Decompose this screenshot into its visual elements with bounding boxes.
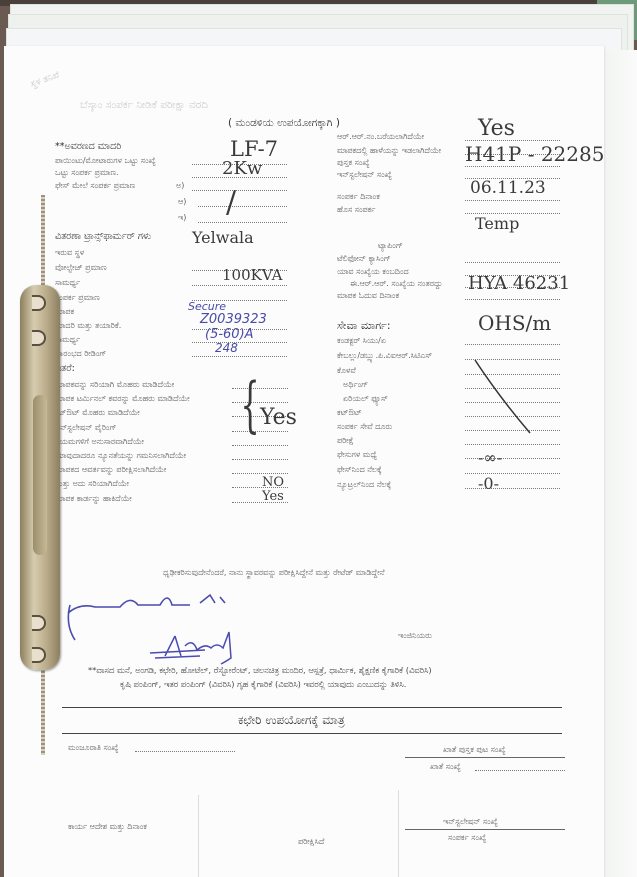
column-divider xyxy=(398,790,399,877)
clip-slot xyxy=(33,395,47,555)
divider xyxy=(405,829,565,830)
handwritten-value: OHS/m xyxy=(478,311,551,335)
field-line[interactable] xyxy=(465,200,560,201)
field-label: ಸಂಪರ್ಕ ದಿನಾಂಕ xyxy=(337,192,380,202)
divider xyxy=(62,733,562,734)
field-line[interactable] xyxy=(232,459,288,460)
handwritten-value: H41P - 22285 xyxy=(465,142,604,166)
field-label: ನ್ಯೂಟ್ರಲ್‌ನಿಂದ ನೆಲಕ್ಕೆ xyxy=(337,480,391,490)
divider xyxy=(405,757,565,758)
handwritten-value: 06.11.23 xyxy=(470,178,546,198)
field-label: ಮಾಪಕ ಓದುವ ದಿನಾಂಕ xyxy=(337,291,399,301)
field-label: ಕಟ್‌ಔಟ್ ಮೊಹರು ಮಾಡಿದೆಯೇ xyxy=(55,408,140,418)
field-label: ಫೇಸ್‌ನಿಂದ ನೆಲಕ್ಕೆ xyxy=(337,465,382,475)
installation-no-label: ಇನ್‌ಸ್ಟಲೇಷನ್ ಸಂಖ್ಯೆ xyxy=(443,817,498,827)
handwritten-value: Yes xyxy=(260,405,297,430)
footnote-line-2: ಕೃಷಿ ಪಂಪಿಂಗ್, ಇತರ ಪಂಪಿಂಗ್ (ವಿವರಿಸಿ) ಗೃಹ … xyxy=(120,679,406,689)
field-line[interactable] xyxy=(192,356,287,357)
tapping-heading: ಟ್ಯಾಪಿಂಗ್ xyxy=(378,241,403,251)
field-label: ಟೆಲಿಫೋನ್ ಕ್ಯಾಸಿಂಗ್ xyxy=(337,254,391,264)
signature-2 xyxy=(145,628,245,668)
field-label: ಇನ್‌ಸ್ಟಲೇಷನ್ ವೈರಿಂಗ್ xyxy=(55,423,116,433)
handwritten-value: Temp xyxy=(475,214,519,233)
field-label: ಸಂಪರ್ಕ ಪ್ರಮಾಣ xyxy=(55,293,100,303)
field-label: ಇನ್‌ಸ್ಟಲೇಷನ್ ಸಂಖ್ಯೆ xyxy=(337,170,392,180)
sub-label: ಅ) xyxy=(176,181,184,191)
field-label: ಸಾಮರ್ಥ್ಯ xyxy=(55,278,80,288)
office-heading: ಕಛೇರಿ ಉಪಯೋಗಕ್ಕೆ ಮಾತ್ರ xyxy=(238,715,345,725)
handwritten-value: 100KVA xyxy=(222,266,282,284)
field-label: ಮಾಪಕದ ಆವರ್ತವನ್ನು ಪರೀಕ್ಷಿಸಲಾಗಿದೆಯೇ xyxy=(55,465,166,475)
field-label: ಕಟ್‌ಔಟ್ xyxy=(337,408,362,418)
connection-no-label: ಸಂಪರ್ಕ ಸಂಖ್ಯೆ xyxy=(448,833,486,843)
sub-label: ಇ) xyxy=(178,213,186,223)
engineer-label: ಇಂಜಿನಿಯರು xyxy=(398,631,432,641)
handwritten-value: 248 xyxy=(215,341,238,355)
handwritten-value: -∞- xyxy=(478,448,502,467)
field-label: ಏರಿಯಲ್ ಫ್ಯೂಸ್ xyxy=(343,394,388,404)
account-input[interactable] xyxy=(475,770,565,771)
clip-tab xyxy=(32,647,46,663)
field-line[interactable] xyxy=(192,285,287,286)
service-heading: ಸೇವಾ ಮಾರ್ಗ: xyxy=(337,321,391,331)
field-label: ಮಾಪಕ ಟರ್ಮಿನಲ್ ಕವರನ್ನು ಮೊಹರು ಮಾಡಿದೆಯೇ xyxy=(55,394,190,404)
handwritten-value: Z0039323 xyxy=(200,312,267,327)
field-label: ಮಾದರಿ ಮತ್ತು ತಯಾರಿಕೆ. xyxy=(55,321,121,331)
field-line[interactable] xyxy=(465,262,560,263)
checked-label: ಪರೀಕ್ಷಿಸಿದೆ xyxy=(298,837,324,847)
field-label: ಪುಸ್ತಕ ಸಂಖ್ಯೆ xyxy=(337,158,370,168)
handwritten-value: Yes xyxy=(478,116,515,141)
sub-label: ಆ) xyxy=(178,197,186,207)
field-label: ಮತ್ತು ಅದು ಸರಿಯಾಗಿದೆಯೇ xyxy=(55,479,129,489)
sheet-edge xyxy=(604,50,637,877)
field-label: ಫೇಸುಗಳ ಮಧ್ಯೆ xyxy=(337,450,377,460)
field-line[interactable] xyxy=(465,166,560,167)
field-label: ಪ್ರಾರಂಭದ ರೀಡಿಂಗ್ xyxy=(55,349,106,359)
certification-text: ಧೃಢೀಕರಿಸುವುದೇನೆಂದರೆ, ನಾನು ಸ್ಥಾವರವನ್ನು ಪರ… xyxy=(163,568,385,578)
clip-tab xyxy=(32,330,46,346)
handwritten-value: (5-60)A xyxy=(205,327,254,342)
field-label: ಮಾಪಕ ಕಾರ್ಡನ್ನು ಹಾಕಿದೆಯೇ xyxy=(55,494,132,504)
field-line[interactable] xyxy=(192,190,287,191)
binder-clip xyxy=(20,285,60,670)
handwritten-value: Yes xyxy=(262,489,284,504)
handwritten-value: NO xyxy=(262,475,284,490)
footnote-line-1: **ವಾಸದ ಮನೆ, ಅಂಗಡಿ, ಕಛೇರಿ, ಹೋಟೆಲ್, ರೆಸ್ಟೋ… xyxy=(88,665,432,675)
sanction-input[interactable] xyxy=(135,751,235,752)
field-label: ಈ.ಆರ್.ಆರ್. ಸಂಖ್ಯೆಯ ನಂತರದ್ದು xyxy=(350,279,442,289)
clip-tab xyxy=(32,615,46,631)
handwritten-value: HYA 46231 xyxy=(468,273,570,294)
field-line[interactable] xyxy=(232,445,288,446)
field-label: ಹೊಸ ಸಂಪರ್ಕ xyxy=(337,205,375,215)
column-divider xyxy=(198,795,199,877)
field-label: ಇರುವ ಸ್ಥಳ xyxy=(55,248,84,258)
work-order-label: ಕಾರ್ಯ ಆದೇಶ ಮತ್ತು ದಿನಾಂಕ xyxy=(68,822,147,832)
handwritten-value: -0- xyxy=(478,474,499,493)
field-line[interactable] xyxy=(192,342,287,343)
field-label: ಕೊಳವೆ xyxy=(337,366,356,376)
field-label: ಸಂಪರ್ಕ ಸೇವೆ ದೂರು xyxy=(337,422,392,432)
field-label: ಪರೀಕ್ಷೆ xyxy=(337,436,354,446)
field-line[interactable] xyxy=(465,344,560,345)
faint-header: ಬೆಸ್ಕಾಂ ಸಂಪರ್ಕ ನೀಡಿಕೆ ಪರೀಕ್ಷಾ ವರದಿ xyxy=(80,100,208,110)
field-line[interactable] xyxy=(465,444,560,445)
field-line[interactable] xyxy=(198,222,287,223)
strike-line xyxy=(470,358,540,438)
field-label: ಅರ್ಥಿಂಗ್ xyxy=(343,380,368,390)
field-label: ಪಾಯಿಂಟು/ಮೋಟಾರುಗಳ ಒಟ್ಟು ಸಂಖ್ಯೆ xyxy=(55,156,156,166)
handwritten-value: 2Kw xyxy=(222,158,262,179)
field-label: ವೋಲ್ಟೇಜ್ ಪ್ರಮಾಣ xyxy=(55,263,107,273)
enclosure-heading: **ಅವರಣದ ಮಾದರಿ xyxy=(55,142,121,152)
ledger-page-label: ಖಾತೆ ಪುಸ್ತಕ ಪುಟ ಸಂಖ್ಯೆ xyxy=(443,745,506,755)
transformer-heading: ವಿತರಣಾ ಟ್ರಾನ್ಸ್‌ಫಾರ್ಮರ್ ಗಳು xyxy=(55,232,151,242)
account-label: ಖಾತೆ ಸಂಖ್ಯೆ xyxy=(430,762,461,772)
sanction-label: ಮಂಜೂರಾತಿ ಸಂಖ್ಯೆ xyxy=(68,743,119,753)
field-label: ಒಟ್ಟು ಸಂಪರ್ಕ ಪ್ರಮಾಣ. xyxy=(55,168,119,178)
field-label: ನಿಯಮಗಳಿಗೆ ಅನುಸಾರವಾಗಿದೆಯೇ xyxy=(55,437,144,447)
form-subtitle: ( ಮಂಡಳಿಯ ಉಪಯೋಗಕ್ಕಾಗಿ ) xyxy=(228,118,340,128)
handwritten-value: Yelwala xyxy=(192,228,254,247)
field-label: ಆರ್.ಆರ್.ನಂ.ಬರೆಯಲಾಗಿದೆಯೇ xyxy=(337,132,424,142)
field-label: ಮಾಪಕದಲ್ಲಿ ಹಾಳೆಯನ್ನು ಇಡಲಾಗಿದೆಯೇ xyxy=(337,146,441,156)
handwritten-value: / xyxy=(226,185,236,220)
field-label: ಯಾವುದಾದರೂ ನ್ಯೂನತೆಯನ್ನು ಗಮನಿಸಲಾಗಿದೆಯೇ xyxy=(55,451,186,461)
field-line[interactable] xyxy=(465,299,560,300)
field-label: ಯಾವ ಸಂಖ್ಯೆಯ ಕಂಬದಿಂದ xyxy=(337,267,409,277)
field-label: ಮಾಪಕವನ್ನು ಸರಿಯಾಗಿ ಮೊಹರು ಮಾಡಿದೆಯೇ xyxy=(55,380,174,390)
clip-tab xyxy=(32,295,46,311)
brace-mark: { xyxy=(241,375,260,435)
field-line[interactable] xyxy=(198,206,287,207)
divider xyxy=(62,707,562,708)
field-label: ಕೇಬಲ್ಲು/ಡಬ್ಲ್ಯು.ಪಿ.ವಿಐಆರ್.ಸಿಟಿಎಸ್ xyxy=(337,351,432,361)
field-label: ಕಂಡಕ್ಟರ್ ಸಿಯು/ಏ xyxy=(337,336,386,346)
field-label: ಫೇಸ್ ಮೇಲೆ ಸಂಪರ್ಕ ಪ್ರಮಾಣ xyxy=(55,181,135,191)
